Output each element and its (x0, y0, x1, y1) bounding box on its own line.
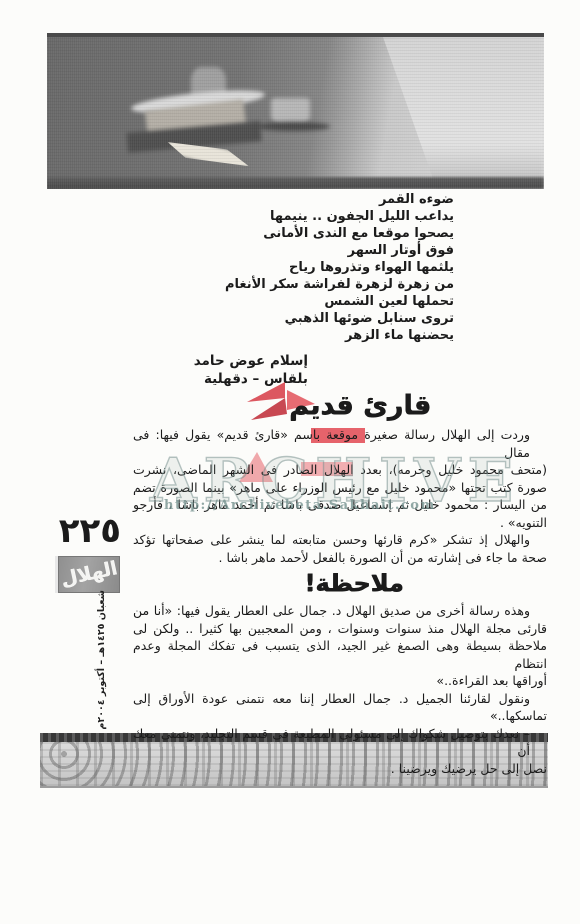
text-line: وهذه رسالة أخرى من صديق الهلال د. جمال ع… (133, 602, 547, 620)
paragraph-reply-3: – نعدك بتوصيل شكواك إلى مسئولى المطبعة ف… (133, 725, 547, 778)
scanned-magazine-page: ضوءه القمريداعب الليل الجفون .. ينيمهايص… (0, 0, 580, 924)
paragraph-reply-2: ونقول لقارئنا الجميل د. جمال العطار إننا… (133, 690, 547, 725)
section-heading-old-reader: قارئ قديم (133, 388, 547, 426)
text-line: ونقول لقارئنا الجميل د. جمال العطار إننا… (133, 690, 547, 708)
text-line: أوراقها بعد القراءة..» (133, 672, 547, 690)
text-line: صورة كتب تحتها «محمود خليل مع رئيس الوزر… (133, 479, 547, 497)
text-line: صحة ما جاء فى إشارته من أن الصورة بالفعل… (133, 549, 547, 567)
section-heading-note: ملاحظة! (133, 566, 547, 602)
text-line: يداعب الليل الجفون .. ينيمها (225, 208, 454, 225)
paragraph-letter-2: وهذه رسالة أخرى من صديق الهلال د. جمال ع… (133, 602, 547, 690)
text-line: – نعدك بتوصيل شكواك إلى مسئولى المطبعة ف… (133, 725, 547, 760)
text-line: يصحوا موقعا مع الندى الأمانى (225, 225, 454, 242)
paragraph-letter-1: وردت إلى الهلال رسالة صغيرة موقعة باسم «… (133, 426, 547, 531)
text-line: وردت إلى الهلال رسالة صغيرة موقعة باسم «… (133, 426, 547, 461)
text-line: من اليسار : محمود خليل ثم إسماعيل صدقى ب… (133, 496, 547, 514)
author-name: إسلام عوض حامد (194, 352, 308, 370)
text-line: والهلال إذ تشكر «كرم قارئها وحسن متابعته… (133, 531, 547, 549)
text-line: من زهرة لزهرة لفراشة سكر الأنغام (225, 276, 454, 293)
text-line: قارئى مجلة الهلال منذ سنوات وسنوات ، ومن… (133, 620, 547, 638)
photo-grain-overlay (47, 37, 544, 189)
story-photo (47, 33, 544, 189)
text-line: يلثمها الهواء وتذروها رياح (225, 259, 454, 276)
text-line: يحضنها ماء الزهر (225, 327, 454, 344)
text-line: ملاحظة بسيطة وهى الصمغ غير الجيد، الذى ي… (133, 637, 547, 672)
text-line: تماسكها..» (133, 707, 547, 725)
paragraph-reply-1: والهلال إذ تشكر «كرم قارئها وحسن متابعته… (133, 531, 547, 566)
article-column: قارئ قديم وردت إلى الهلال رسالة صغيرة مو… (133, 388, 547, 777)
text-line: ضوءه القمر (225, 191, 454, 208)
poem-block: ضوءه القمريداعب الليل الجفون .. ينيمهايص… (225, 191, 454, 344)
hilal-logo-text: الهلال (55, 556, 120, 593)
hilal-masthead-logo: الهلال (55, 556, 120, 593)
text-line: نصل إلى حل يرضيك ويرضينا . (133, 760, 547, 778)
page-number: ٢٢٥ (71, 509, 121, 553)
text-line: تحملها لعين الشمس (225, 293, 454, 310)
text-line: تروى سنابل ضوئها الذهبي (225, 310, 454, 327)
text-line: فوق أوتار السهر (225, 242, 454, 259)
text-line: (متحف محمود خليل وحرمه)، بعدد الهلال الص… (133, 461, 547, 479)
text-line: التنويه» . (133, 514, 547, 532)
